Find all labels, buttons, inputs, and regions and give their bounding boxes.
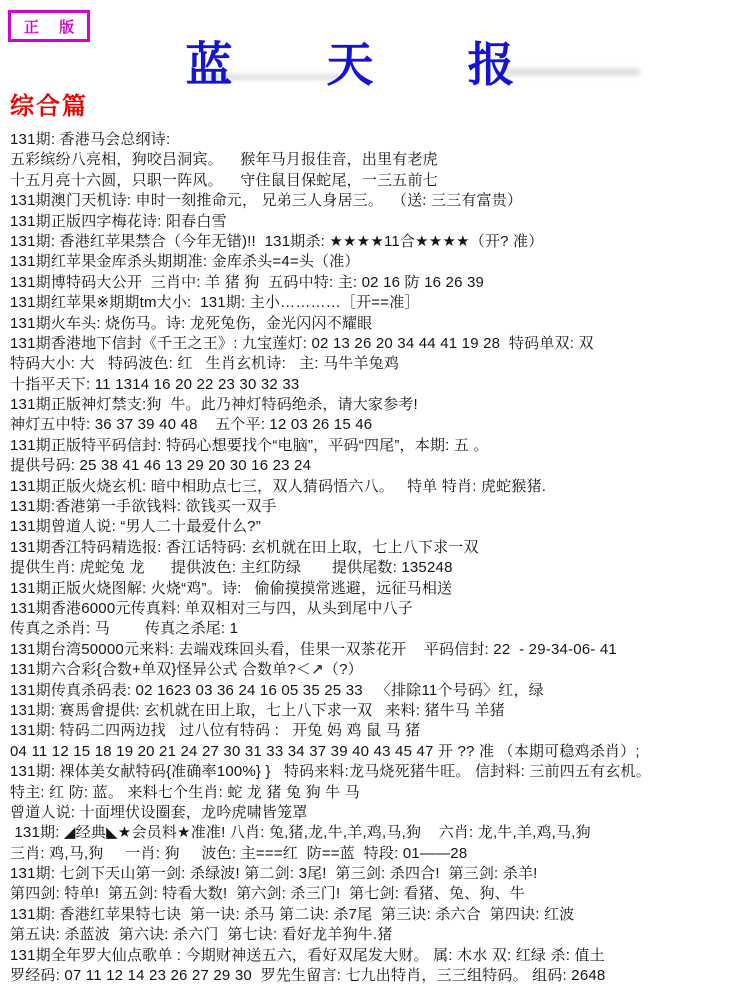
text-line: 131期: ◢经典◣★会员料★准准! 八肖: 兔,猪,龙,牛,羊,鸡,马,狗 六… (10, 823, 736, 843)
text-line: 曾道人说: 十面埋伏设圈套，龙吟虎啸皆笼罩 (10, 803, 736, 823)
text-line: 十指平天下: 11 1314 16 20 22 23 30 32 33 (10, 375, 736, 395)
text-line: 131期澳门天机诗: 申时一刻推命元， 兄弟三人身居三。 （送: 三三有富贵） (10, 191, 736, 211)
text-line: 131期火车头: 烧伤马。诗: 龙死兔伤，金光闪闪不耀眼 (10, 314, 736, 334)
text-line: 131期: 七剑下天山第一剑: 杀绿波! 第二剑: 3尾! 第三剑: 杀四合! … (10, 864, 736, 884)
text-line: 特主: 红 防: 蓝。 来料七个生肖: 蛇 龙 猪 兔 狗 牛 马 (10, 783, 736, 803)
text-line: 131期: 特码二四两边找 过八位有特码 : 开兔 妈 鸡 鼠 马 猪 (10, 721, 736, 741)
text-line: 131期香港地下信封《千王之王》: 九宝莲灯: 02 13 26 20 34 4… (10, 334, 736, 354)
text-line: 第五诀: 杀蓝波 第六诀: 杀六门 第七诀: 看好龙羊狗牛.猪 (10, 925, 736, 945)
text-line: 131期曾道人说: “男人二十最爱什么?” (10, 517, 736, 537)
text-line: 04 11 12 15 18 19 20 21 24 27 30 31 33 3… (10, 742, 736, 762)
text-line: 神灯五中特: 36 37 39 40 48 五个平: 12 03 26 15 4… (10, 415, 736, 435)
text-line: 131期六合彩{合数+单双}怪异公式 合数单?＜↗（?） (10, 660, 736, 680)
section-title: 综合篇 (10, 86, 88, 121)
text-line: 特码大小: 大 特码波色: 红 生肖玄机诗: 主: 马牛羊兔鸡 (10, 354, 736, 374)
text-line: 131期正版神灯禁支:狗 牛。此乃神灯特码绝杀，请大家参考! (10, 395, 736, 415)
text-line: 131期传真杀码表: 02 1623 03 36 24 16 05 35 25 … (10, 681, 736, 701)
text-line: 131期正版火烧图解: 火烧“鸡”。诗: 偷偷摸摸常逃避，远征马相送 (10, 579, 736, 599)
text-line: 131期正版火烧玄机: 暗中相助点七三，双人猜码悟六八。 特单 特肖: 虎蛇猴猪… (10, 477, 736, 497)
text-line: 131期: 赛馬會提供: 玄机就在田上取，七上八下求一双 来料: 猪牛马 羊猪 (10, 701, 736, 721)
text-line: 131期: 香港马会总纲诗: (10, 130, 736, 150)
text-line: 131期红苹果金库杀头期期准: 金库杀头=4=头（准） (10, 252, 736, 272)
text-line: 131期全年罗大仙点歌单 : 今期财神送五六，看好双尾发大财。 属: 木水 双:… (10, 946, 736, 966)
text-line: 五彩缤纷八亮相，狗咬吕洞宾。 猴年马月报佳音，出里有老虎 (10, 150, 736, 170)
content-lines: 131期: 香港马会总纲诗:五彩缤纷八亮相，狗咬吕洞宾。 猴年马月报佳音，出里有… (10, 130, 736, 986)
text-line: 131期博特码大公开 三肖中: 羊 猪 狗 五码中特: 主: 02 16 防 1… (10, 273, 736, 293)
text-line: 131期正版四字梅花诗: 阳春白雪 (10, 212, 736, 232)
text-line: 131期:香港第一手欲钱料: 欲钱买一双手 (10, 497, 736, 517)
paper-title: 蓝 天 报 (0, 28, 700, 95)
text-line: 131期: 裸体美女献特码{准确率100%} } 特码来料:龙马烧死猪牛旺。 信… (10, 762, 736, 782)
text-line: 131期红苹果※期期tm大小: 131期: 主小…………［开==准］ (10, 293, 736, 313)
text-line: 131期香港6000元传真料: 单双相对三与四，从头到尾中八子 (10, 599, 736, 619)
text-line: 第四剑: 特单! 第五剑: 特看大数! 第六剑: 杀三门! 第七剑: 看猪、兔、… (10, 884, 736, 904)
text-line: 三肖: 鸡,马,狗 一肖: 狗 波色: 主===红 防==蓝 特段: 01——2… (10, 844, 736, 864)
text-line: 传真之杀肖: 马 传真之杀尾: 1 (10, 619, 736, 639)
text-line: 131期: 香港红苹果禁合（今年无错)!! 131期杀: ★★★★11合★★★★… (10, 232, 736, 252)
text-line: 提供号码: 25 38 41 46 13 29 20 30 16 23 24 (10, 456, 736, 476)
text-line: 131期: 香港红苹果特七诀 第一诀: 杀马 第二诀: 杀7尾 第三诀: 杀六合… (10, 905, 736, 925)
text-line: 131期香江特码精选报: 香江话特码: 玄机就在田上取，七上八下求一双 (10, 538, 736, 558)
text-line: 131期正版特平码信封: 特码心想要找个“电脑”，平码“四尾”，本期: 五 。 (10, 436, 736, 456)
text-line: 131期台湾50000元来料: 去端戏珠回头看，佳果一双茶花开 平码信封: 22… (10, 640, 736, 660)
text-line: 提供生肖: 虎蛇兔 龙 提供波色: 主红防绿 提供尾数: 135248 (10, 558, 736, 578)
text-line: 十五月亮十六圆，只职一阵风。 守住鼠目保蛇尾，一三五前七 (10, 171, 736, 191)
text-line: 罗经码: 07 11 12 14 23 26 27 29 30 罗先生留言: 七… (10, 966, 736, 986)
